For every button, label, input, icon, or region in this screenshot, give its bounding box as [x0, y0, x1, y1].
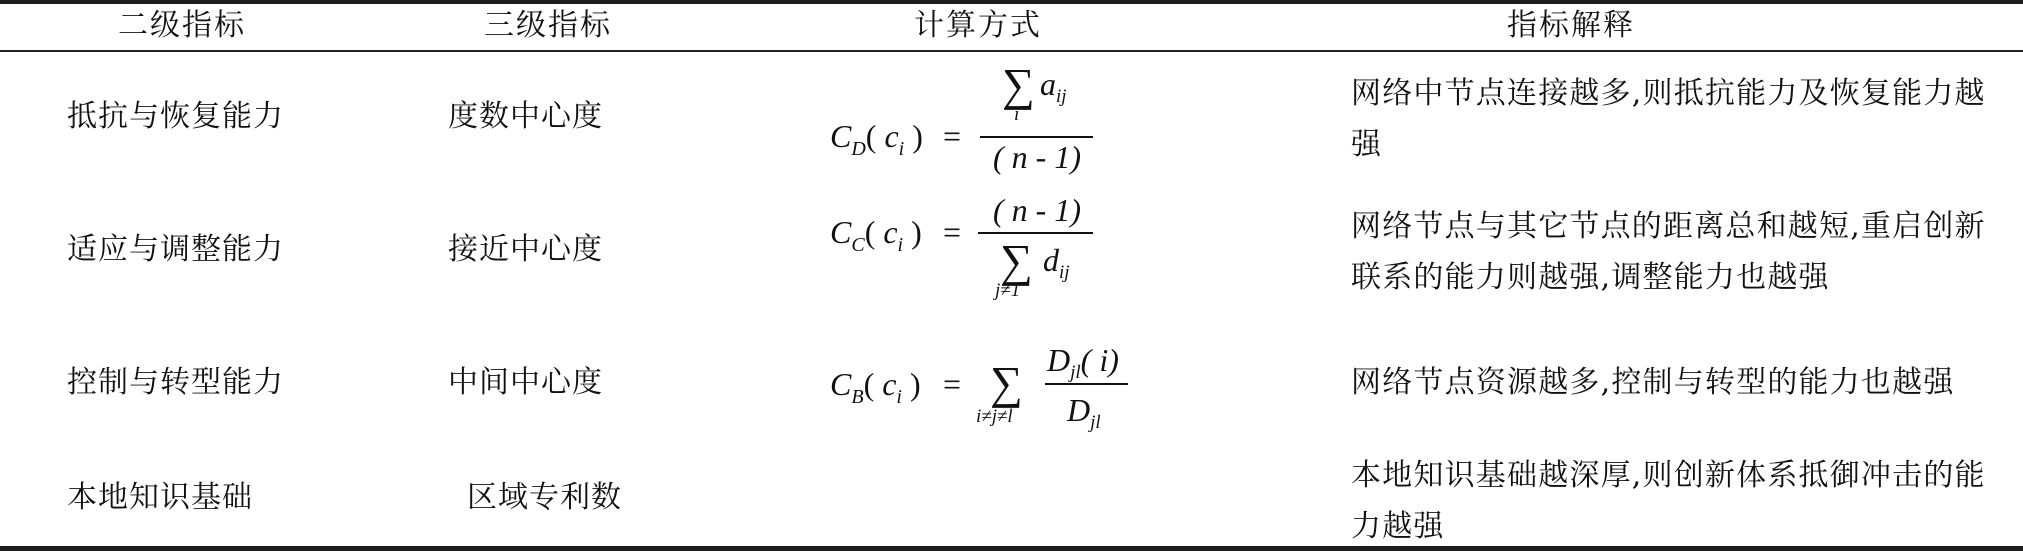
numerator: ( n - 1) — [982, 192, 1092, 229]
level3-cell: 区域专利数 — [467, 481, 622, 515]
sum-limit: i≠j≠l — [976, 406, 1013, 428]
level2-cell: 控制与转型能力 — [67, 366, 284, 400]
sum-limit: i — [1014, 104, 1019, 126]
fraction-bar — [980, 136, 1093, 138]
fraction-bar — [1045, 383, 1128, 385]
sum-icon: ∑ — [1000, 238, 1033, 284]
explanation-cell: 网络节点资源越多,控制与转型的能力也越强 — [1351, 357, 2011, 408]
explanation-cell: 网络中节点连接越多,则抵抗能力及恢复能力越强 — [1351, 68, 2011, 170]
level3-cell: 中间中心度 — [448, 366, 603, 400]
sum-limit: j≠1 — [995, 280, 1020, 302]
sum-icon: ∑ — [990, 360, 1023, 406]
level2-cell: 抵抗与恢复能力 — [67, 100, 284, 134]
equals-sign: = — [943, 366, 961, 403]
explanation-cell: 本地知识基础越深厚,则创新体系抵御冲击的能力越强 — [1351, 450, 2011, 551]
numerator: Djl( i) — [1047, 342, 1119, 379]
table-top-rule — [0, 0, 2023, 4]
denominator: dij — [1043, 242, 1070, 279]
numerator: aij — [1040, 66, 1067, 103]
explanation-cell: 网络节点与其它节点的距离总和越短,重启创新联系的能力则越强,调整能力也越强 — [1351, 201, 2011, 303]
formula-lhs: CD( ci ) — [830, 118, 923, 155]
formula-lhs: CB( ci ) — [830, 366, 921, 403]
level2-cell: 适应与调整能力 — [67, 233, 284, 267]
table-header-rule — [0, 50, 2023, 52]
header-level2-indicator: 二级指标 — [118, 8, 246, 44]
sum-icon: ∑ — [1002, 62, 1035, 108]
level2-cell: 本地知识基础 — [67, 481, 253, 515]
level3-cell: 度数中心度 — [448, 100, 603, 134]
equals-sign: = — [943, 214, 961, 251]
header-level3-indicator: 三级指标 — [484, 8, 612, 44]
fraction-bar — [978, 232, 1093, 234]
header-calculation-method: 计算方式 — [914, 8, 1042, 44]
header-indicator-explanation: 指标解释 — [1507, 8, 1635, 44]
denominator: ( n - 1) — [982, 139, 1092, 176]
formula-lhs: CC( ci ) — [830, 214, 922, 251]
denominator: Djl — [1067, 392, 1101, 429]
equals-sign: = — [943, 118, 961, 155]
level3-cell: 接近中心度 — [448, 233, 603, 267]
